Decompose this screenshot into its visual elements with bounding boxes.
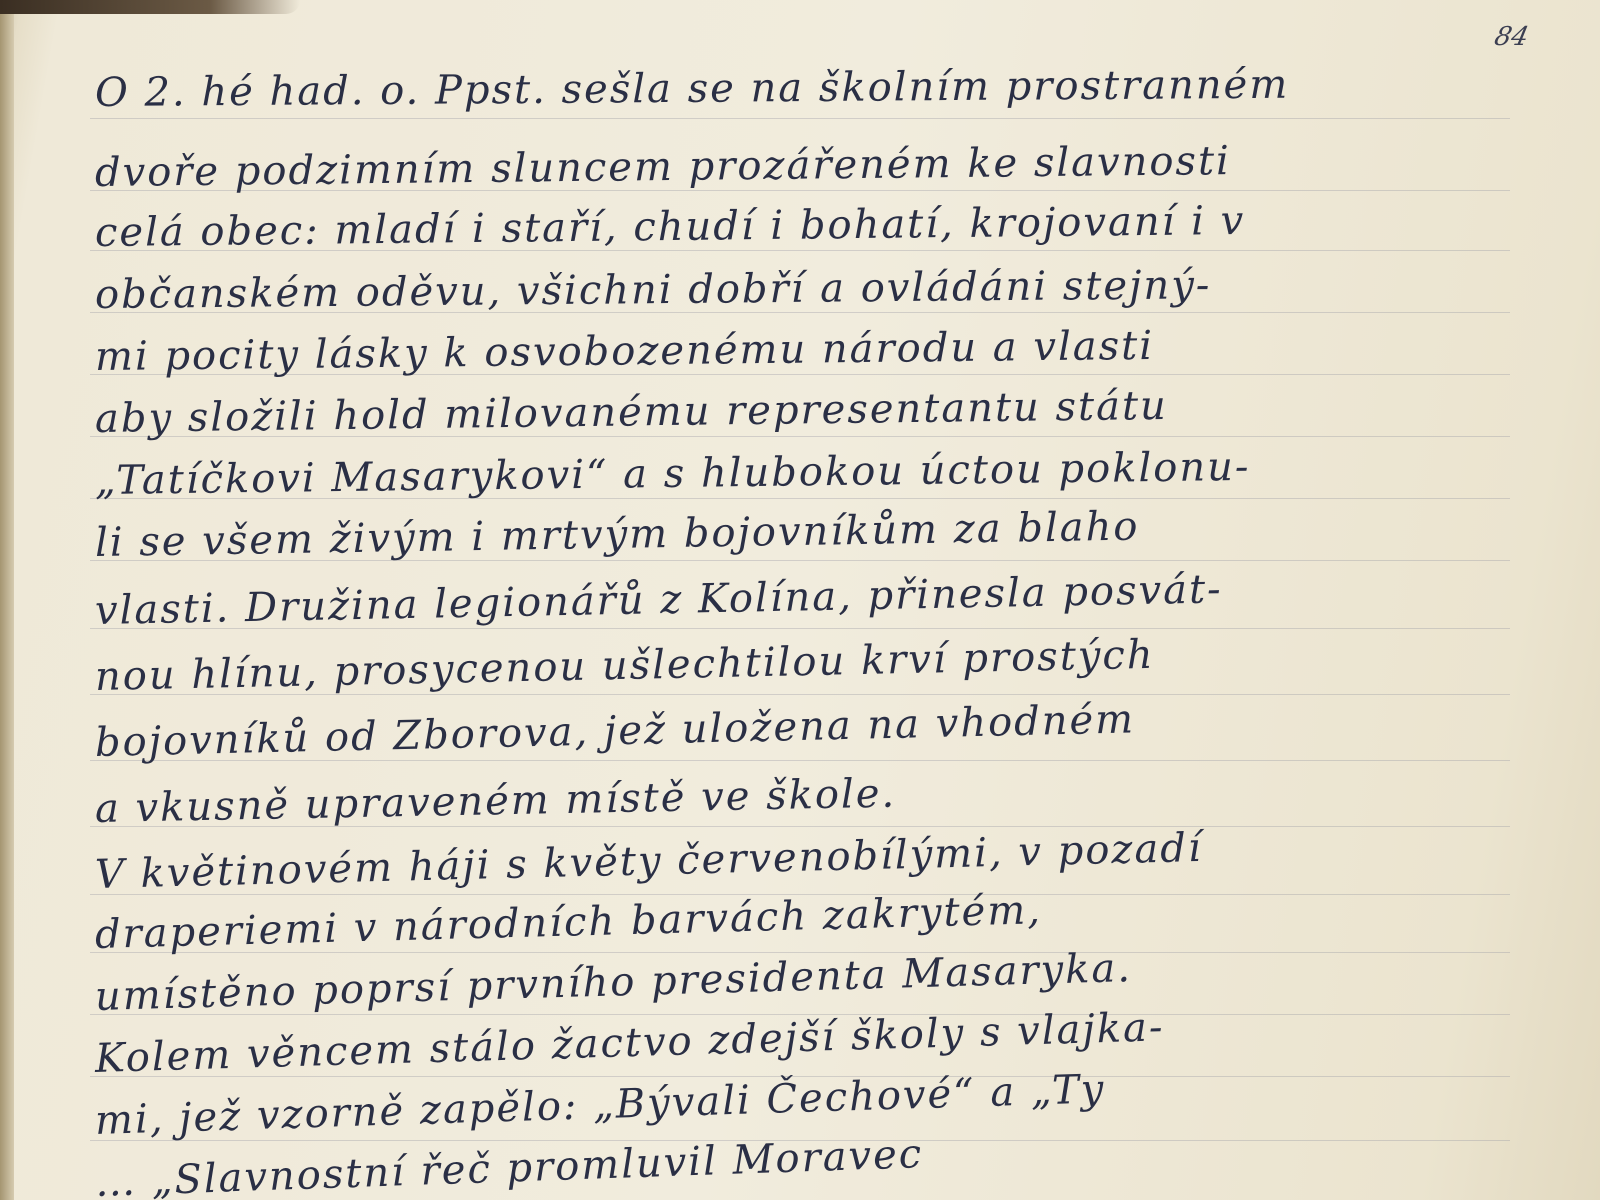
- text-line: mi pocity lásky k osvobozenému národu a …: [95, 323, 1154, 380]
- text-line: aby složili hold milovanému representant…: [95, 383, 1168, 442]
- text-line: mi, jež vzorně zapělo: „Bývali Čechové“ …: [94, 1066, 1106, 1144]
- text-line: umístěno poprsí prvního presidenta Masar…: [94, 945, 1132, 1020]
- text-line: občanském oděvu, všichni dobří a ovládán…: [95, 262, 1212, 318]
- text-line: „Tatíčkovi Masarykovi“ a s hlubokou úcto…: [95, 444, 1251, 504]
- text-line: … „Slavnostní řeč promluvil Moravec: [94, 1131, 924, 1200]
- text-line: celá obec: mladí i staří, chudí i bohatí…: [95, 198, 1246, 256]
- text-line: vlasti. Družina legionářů z Kolína, přin…: [95, 566, 1223, 634]
- page-number: 84: [1492, 22, 1531, 52]
- page-corner-shadow: [0, 0, 300, 14]
- text-line: nou hlínu, prosycenou ušlechtilou krví p…: [95, 632, 1155, 700]
- text-line: dvoře podzimním sluncem prozářeném ke sl…: [95, 138, 1231, 196]
- text-line: O 2. hé had. o. Ppst. sešla se na školní…: [95, 62, 1289, 116]
- page-binding-edge: [0, 0, 14, 1200]
- text-line: li se všem živým i mrtvým bojovníkům za …: [95, 504, 1140, 566]
- text-line: bojovníků od Zborova, jež uložena na vho…: [94, 696, 1135, 766]
- document-page: 84 O 2. hé had. o. Ppst. sešla se na ško…: [0, 0, 1600, 1200]
- ruled-line: [90, 118, 1510, 119]
- text-line: draperiemi v národních barvách zakrytém,: [94, 887, 1042, 958]
- text-line: a vkusně upraveném místě ve škole.: [95, 771, 897, 832]
